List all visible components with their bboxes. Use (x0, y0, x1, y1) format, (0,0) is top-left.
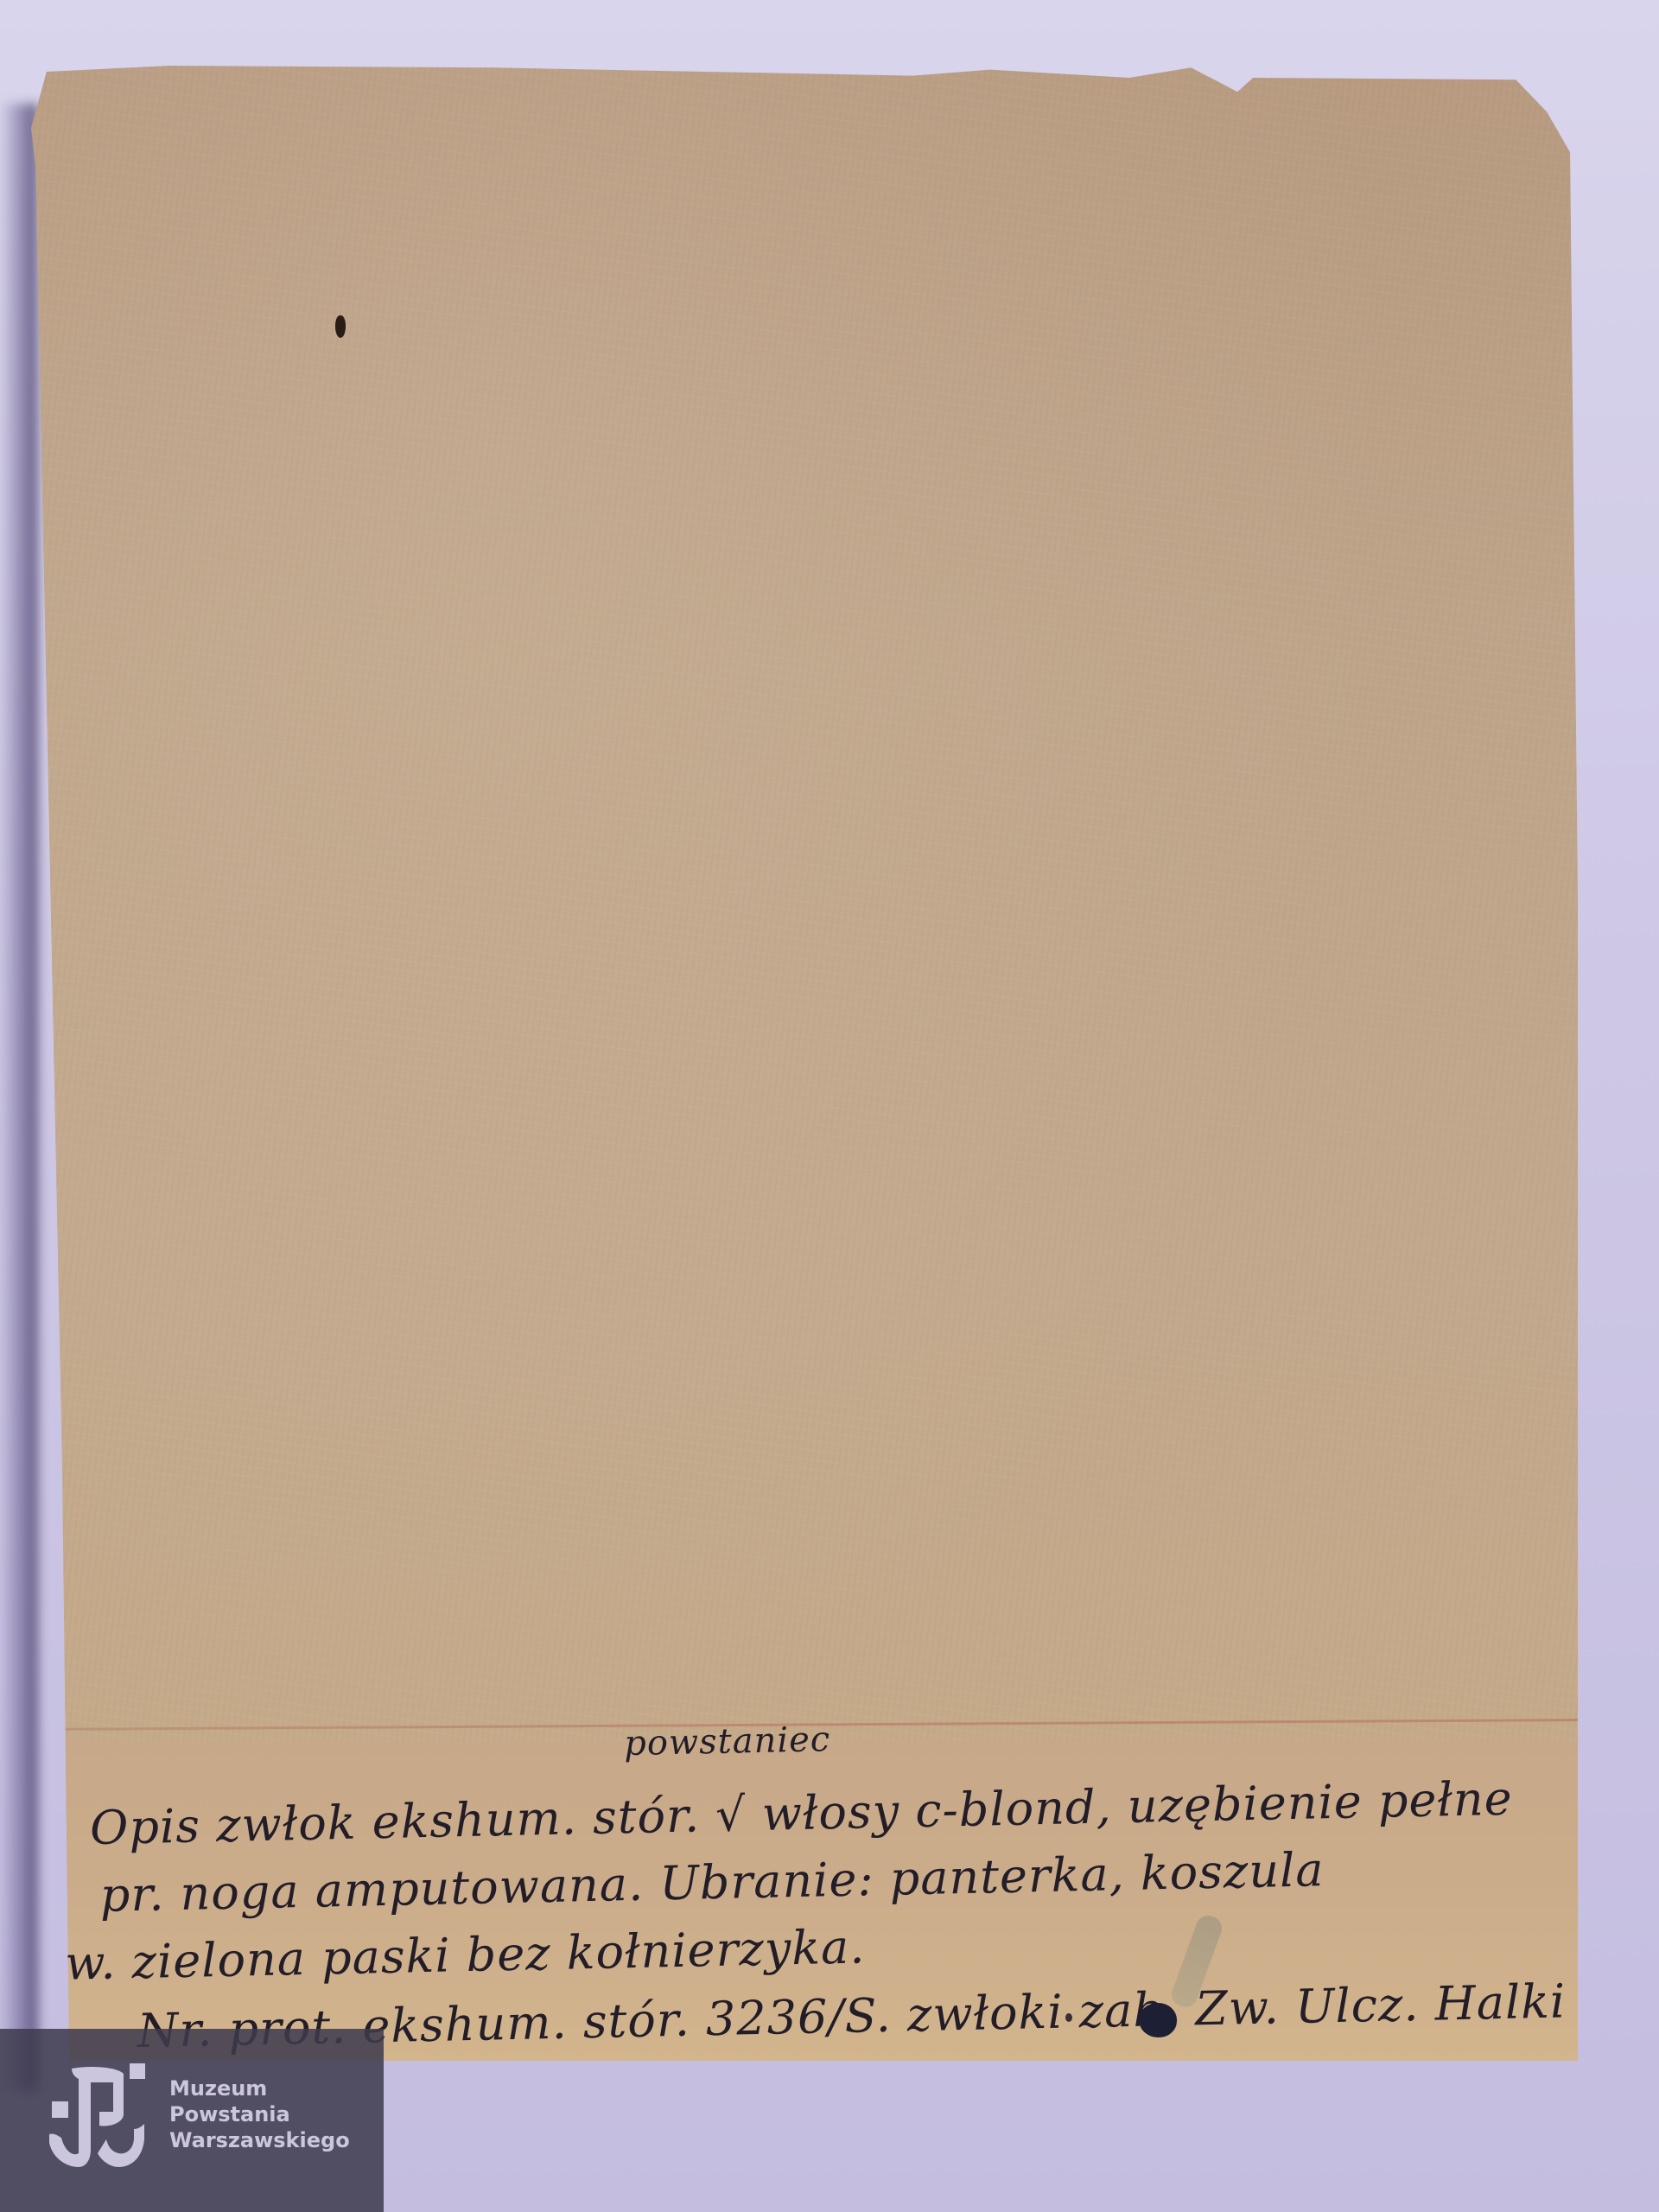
museum-name-line-3: Warszawskiego (169, 2127, 350, 2153)
museum-watermark: Muzeum Powstania Warszawskiego (0, 2029, 384, 2212)
museum-name-line-1: Muzeum (169, 2075, 350, 2101)
paper-shadow (0, 104, 38, 2091)
anchor-kotwica-icon (48, 2063, 147, 2171)
museum-name: Muzeum Powstania Warszawskiego (169, 2075, 350, 2153)
ink-speck (335, 315, 346, 338)
ink-dot (1065, 2013, 1072, 2022)
museum-name-line-2: Powstania (169, 2101, 350, 2127)
handwritten-insertion: powstaniec (624, 1719, 831, 1764)
ink-blot (1139, 2003, 1177, 2037)
